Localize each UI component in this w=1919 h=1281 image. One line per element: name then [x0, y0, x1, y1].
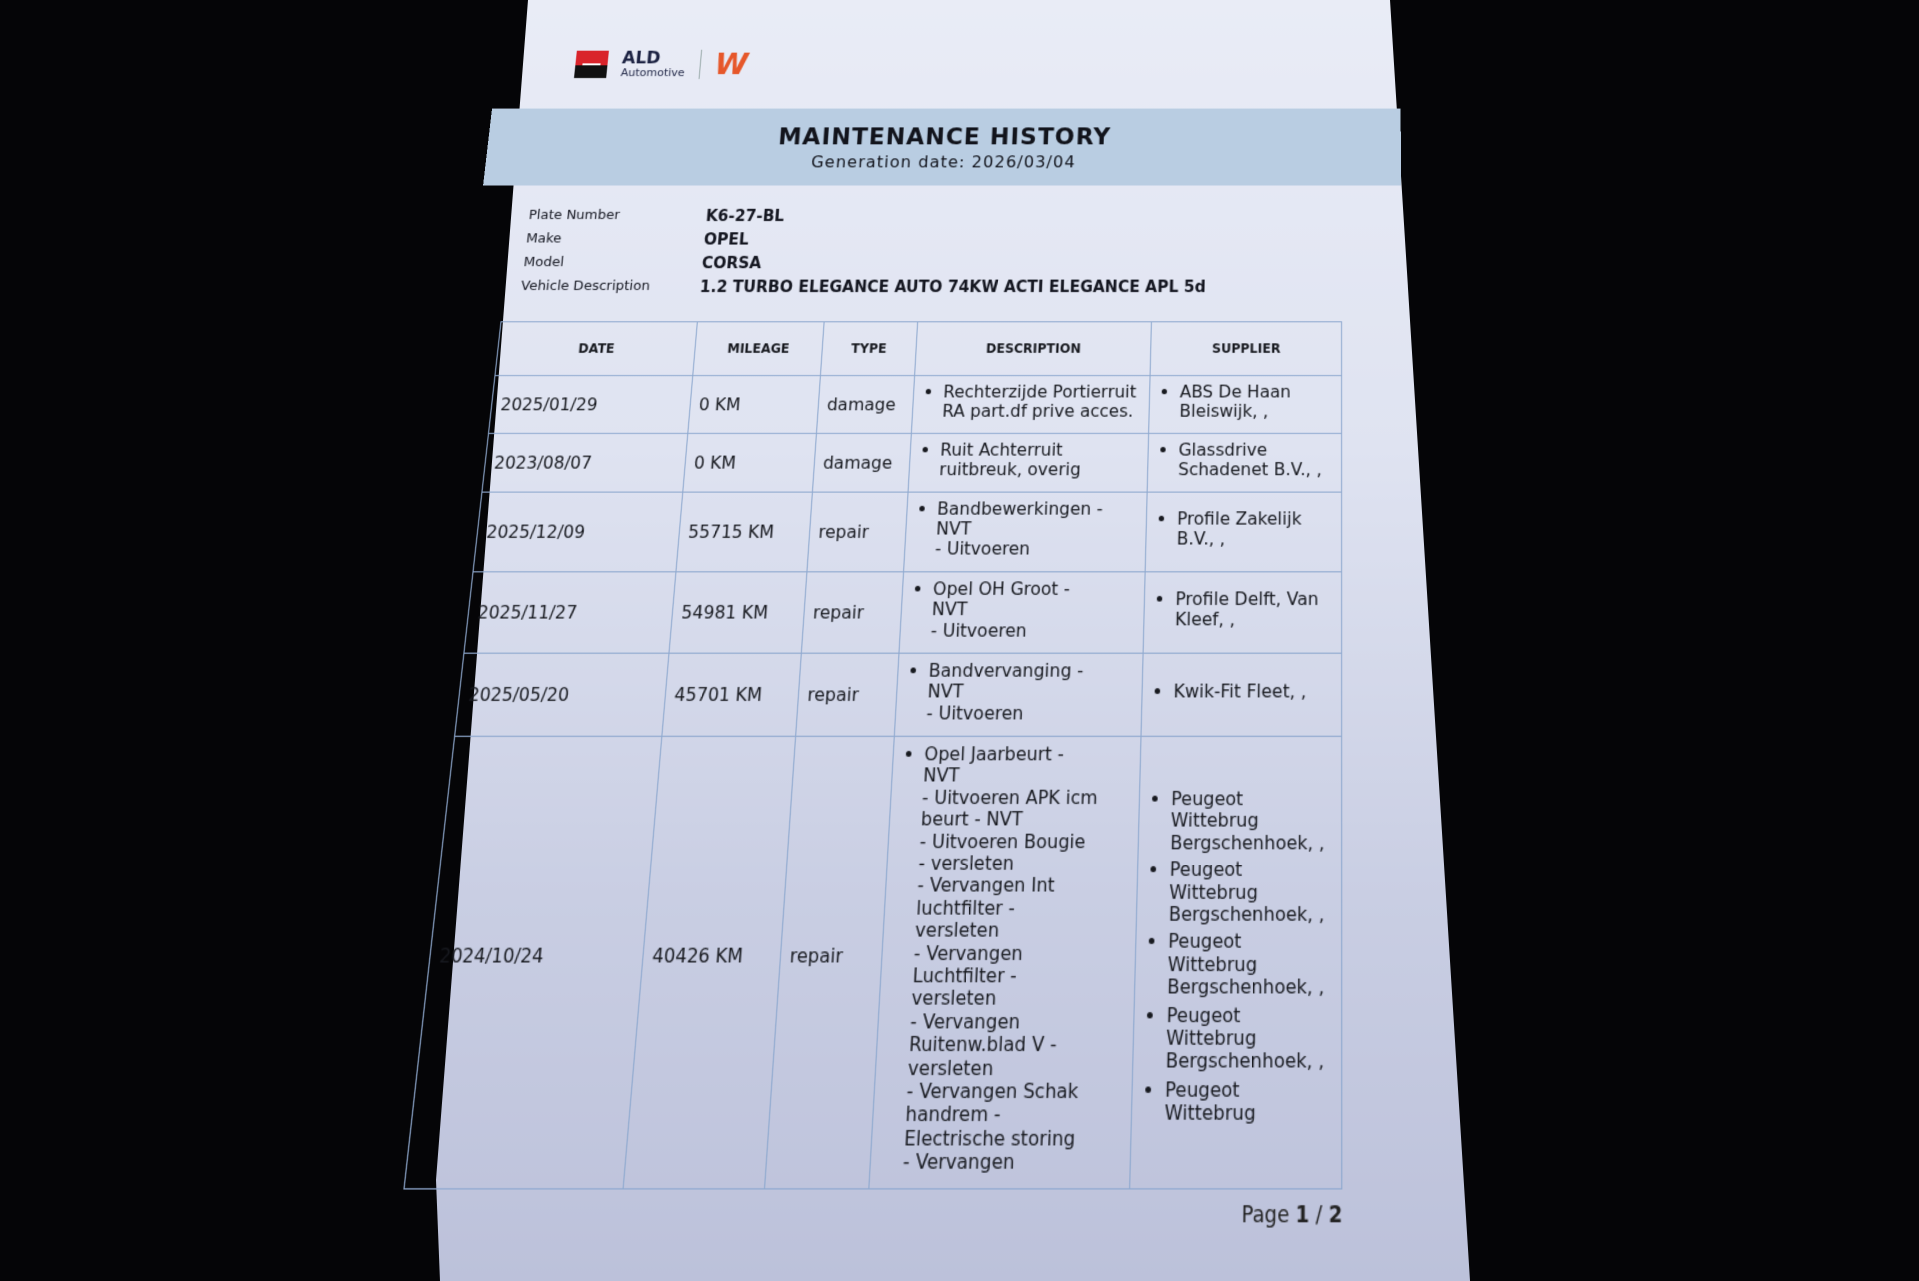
supplier-item: Peugeot Wittebrug Bergschenhoek, , [1167, 931, 1332, 999]
column-header: MILEAGE [693, 322, 824, 376]
vehicle-field-value: K6-27-BL [705, 206, 785, 224]
logo-secondary: Automotive [620, 67, 685, 78]
vehicle-field: Plate NumberK6-27-BL [527, 204, 1391, 227]
ald-logo-text: ALD Automotive [620, 51, 686, 78]
cell-description: Bandbewerkingen - NVT - Uitvoeren [903, 492, 1147, 572]
cell-mileage: 0 KM [688, 376, 820, 434]
vehicle-info: Plate NumberK6-27-BLMakeOPELModelCORSAVe… [480, 204, 1391, 299]
generation-date: Generation date: 2026/03/04 [485, 152, 1401, 171]
vehicle-field-value: OPEL [703, 230, 749, 248]
partner-logo-icon: W [713, 47, 745, 81]
cell-type: damage [816, 376, 914, 434]
vehicle-field: ModelCORSA [522, 251, 1391, 275]
supplier-item: Peugeot Wittebrug Bergschenhoek, , [1168, 859, 1332, 926]
supplier-item: Peugeot Wittebrug Bergschenhoek, , [1165, 1004, 1332, 1073]
description-item: Rechterzijde Portierruit RA part.df priv… [942, 383, 1141, 422]
cell-date: 2025/12/09 [473, 492, 683, 572]
cell-supplier: ABS De Haan Bleiswijk, , [1149, 376, 1342, 434]
page-current: 1 [1295, 1202, 1309, 1228]
vehicle-field-label: Make [525, 231, 704, 246]
column-header: SUPPLIER [1150, 322, 1341, 376]
cell-description: Bandvervanging - NVT - Uitvoeren [894, 653, 1143, 736]
logo-divider [698, 50, 702, 79]
cell-type: repair [807, 492, 908, 572]
column-header: DATE [495, 322, 697, 376]
table-body: 2025/01/290 KMdamageRechterzijde Portier… [404, 376, 1342, 1189]
cell-supplier: Kwik-Fit Fleet, , [1141, 653, 1341, 736]
supplier-item: Profile Delft, Van Kleef, , [1175, 589, 1333, 631]
description-item: Opel OH Groot - NVT - Uitvoeren [930, 579, 1136, 641]
cell-date: 2025/05/20 [455, 653, 669, 736]
vehicle-field-value: 1.2 TURBO ELEGANCE AUTO 74KW ACTI ELEGAN… [699, 277, 1206, 296]
vehicle-field-label: Plate Number [528, 208, 707, 223]
table-row: 2023/08/070 KMdamageRuit Achterruit ruit… [482, 433, 1342, 491]
maintenance-document: ALD Automotive W MAINTENANCE HISTORY Gen… [373, 40, 1398, 1228]
title-banner: MAINTENANCE HISTORY Generation date: 202… [483, 109, 1401, 186]
page-separator: / [1316, 1202, 1323, 1228]
cell-mileage: 45701 KM [662, 653, 801, 736]
table-row: 2025/05/2045701 KMrepairBandvervanging -… [455, 653, 1342, 736]
supplier-item: Glassdrive Schadenet B.V., , [1178, 440, 1333, 480]
description-item: Opel Jaarbeurt - NVT - Uitvoeren APK icm… [902, 744, 1131, 1175]
supplier-item: Profile Zakelijk B.V., , [1176, 509, 1332, 550]
vehicle-field: MakeOPEL [525, 227, 1392, 251]
vehicle-field-label: Vehicle Description [520, 279, 700, 295]
supplier-item: Kwik-Fit Fleet, , [1173, 682, 1332, 703]
cell-date: 2024/10/24 [404, 736, 662, 1188]
column-header: DESCRIPTION [914, 322, 1151, 376]
maintenance-table: DATEMILEAGETYPEDESCRIPTIONSUPPLIER 2025/… [403, 321, 1342, 1189]
vehicle-field: Vehicle Description1.2 TURBO ELEGANCE AU… [520, 274, 1392, 298]
cell-type: repair [795, 653, 899, 736]
generation-value: 2026/03/04 [971, 152, 1076, 171]
table-row: 2024/10/2440426 KMrepairOpel Jaarbeurt -… [404, 736, 1342, 1188]
description-item: Bandbewerkingen - NVT - Uitvoeren [935, 499, 1139, 560]
cell-type: damage [812, 433, 911, 491]
page-label: Page [1241, 1202, 1289, 1228]
cell-supplier: Profile Delft, Van Kleef, , [1143, 572, 1341, 654]
cell-date: 2025/01/29 [489, 376, 693, 434]
generation-label: Generation date: [810, 152, 966, 171]
cell-description: Rechterzijde Portierruit RA part.df priv… [911, 376, 1150, 434]
cell-mileage: 54981 KM [669, 572, 807, 654]
cell-date: 2023/08/07 [482, 433, 688, 491]
cell-supplier: Peugeot Wittebrug Bergschenhoek, ,Peugeo… [1130, 736, 1342, 1188]
page-indicator: Page 1 / 2 [373, 1202, 1342, 1228]
page-total: 2 [1329, 1202, 1343, 1228]
supplier-item: ABS De Haan Bleiswijk, , [1179, 383, 1333, 422]
cell-description: Opel Jaarbeurt - NVT - Uitvoeren APK icm… [869, 736, 1142, 1188]
table-row: 2025/11/2754981 KMrepairOpel OH Groot - … [464, 572, 1342, 654]
cell-supplier: Glassdrive Schadenet B.V., , [1147, 433, 1341, 491]
cell-date: 2025/11/27 [464, 572, 676, 654]
cell-mileage: 0 KM [683, 433, 816, 491]
vehicle-field-value: CORSA [701, 253, 762, 272]
logo-bar: ALD Automotive W [504, 40, 1390, 89]
column-header: TYPE [820, 322, 917, 376]
ald-logo-icon [574, 51, 609, 78]
cell-mileage: 55715 KM [676, 492, 812, 572]
vehicle-field-label: Model [523, 255, 703, 270]
cell-supplier: Profile Zakelijk B.V., , [1145, 492, 1341, 572]
table-row: 2025/12/0955715 KMrepairBandbewerkingen … [473, 492, 1342, 572]
supplier-item: Peugeot Wittebrug [1164, 1079, 1332, 1126]
table-header-row: DATEMILEAGETYPEDESCRIPTIONSUPPLIER [495, 322, 1342, 376]
cell-description: Opel OH Groot - NVT - Uitvoeren [899, 572, 1146, 654]
supplier-item: Peugeot Wittebrug Bergschenhoek, , [1170, 789, 1332, 855]
cell-description: Ruit Achterruit ruitbreuk, overig [908, 433, 1149, 491]
table-row: 2025/01/290 KMdamageRechterzijde Portier… [489, 376, 1342, 434]
logo-primary: ALD [621, 51, 686, 68]
description-item: Bandvervanging - NVT - Uitvoeren [926, 661, 1134, 725]
cell-type: repair [801, 572, 903, 654]
description-item: Ruit Achterruit ruitbreuk, overig [939, 440, 1140, 480]
page-title: MAINTENANCE HISTORY [487, 124, 1401, 150]
